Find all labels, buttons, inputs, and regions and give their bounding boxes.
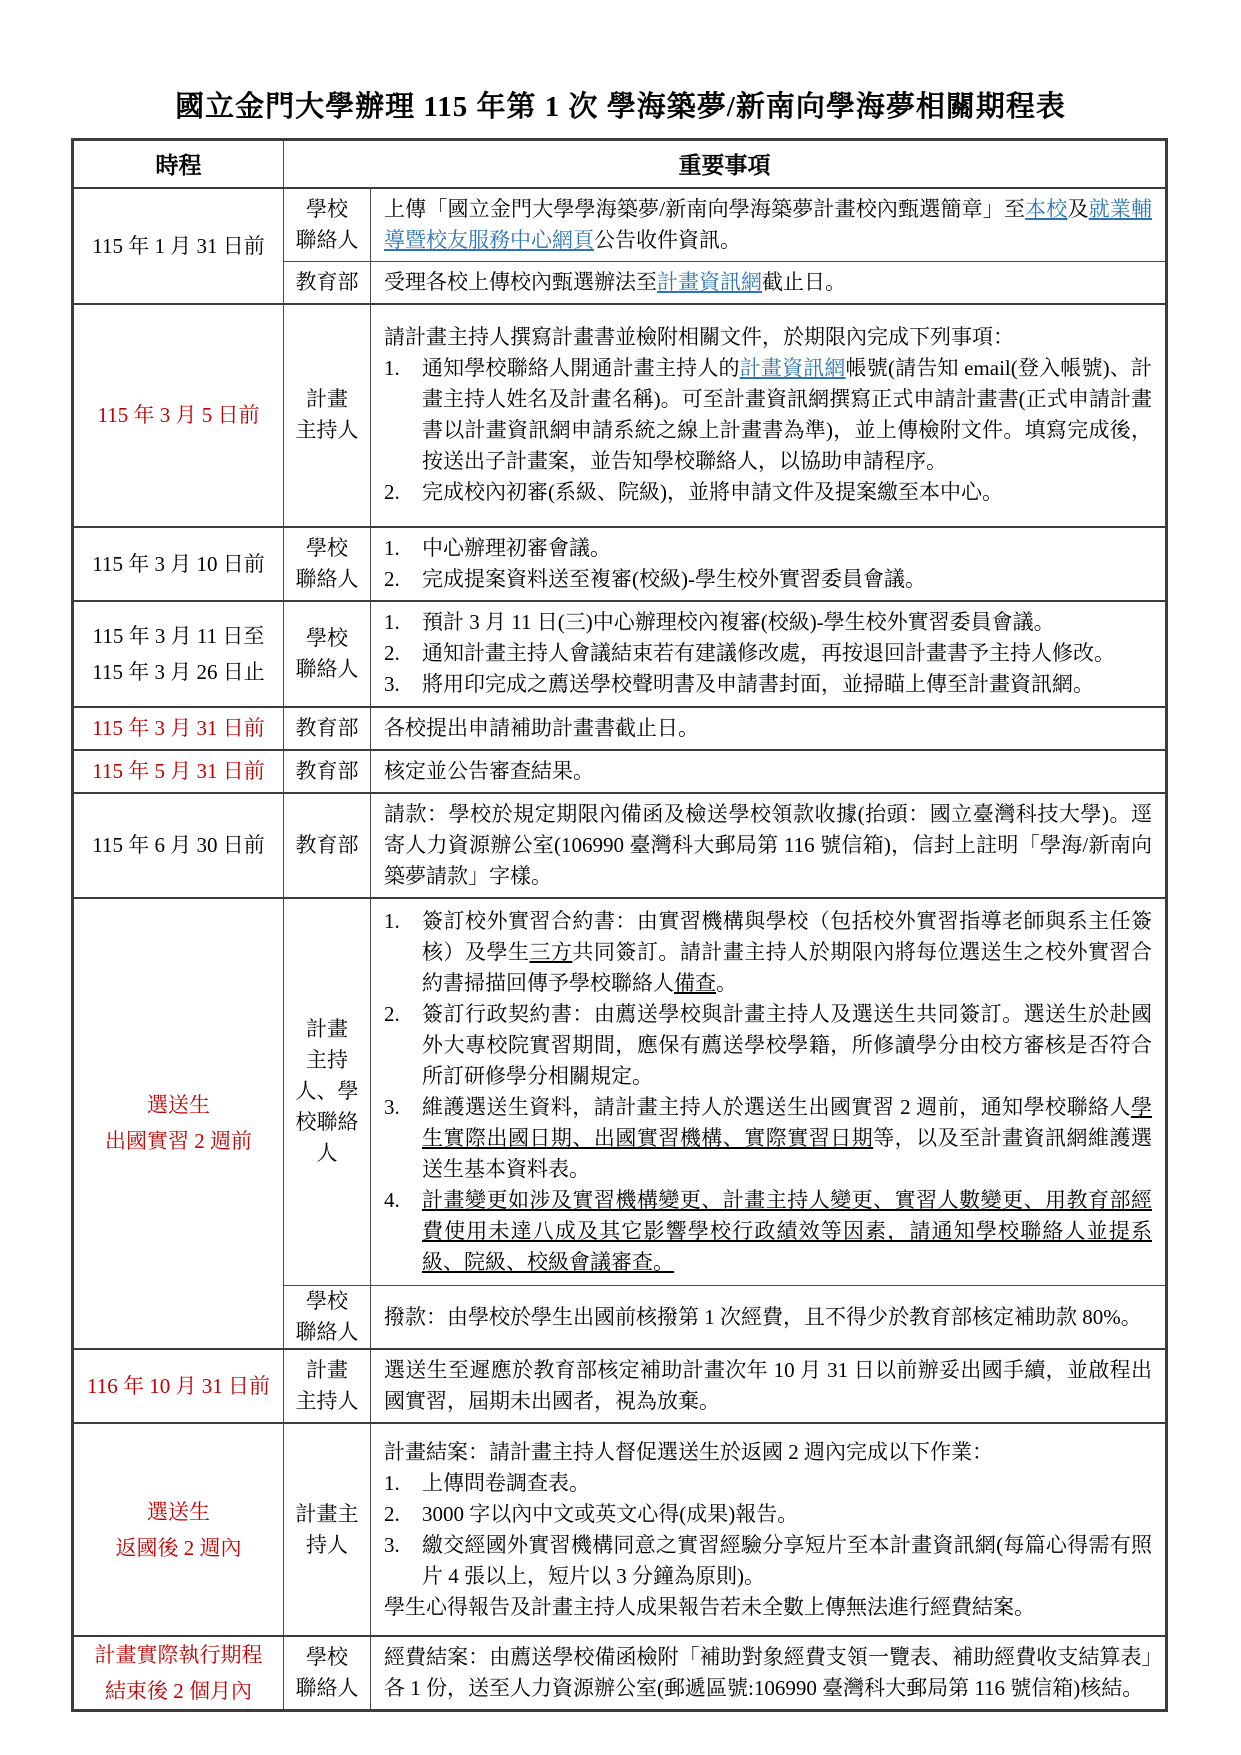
inline-link[interactable]: 計畫資訊網 bbox=[657, 270, 762, 294]
list-number: 3. bbox=[384, 1092, 422, 1185]
schedule-line: 115 年 5 月 31 日前 bbox=[78, 753, 279, 789]
list-number: 1. bbox=[384, 1468, 422, 1499]
paragraph: 核定並公告審查結果。 bbox=[384, 756, 1152, 787]
schedule-line: 115 年 3 月 5 日前 bbox=[78, 397, 279, 433]
list-number: 1. bbox=[384, 906, 422, 999]
role-line: 計畫 bbox=[286, 384, 368, 415]
text-run: 計畫結案：請計畫主持人督促選送生於返國 2 週內完成以下作業： bbox=[384, 1440, 993, 1464]
content-cell: 計畫結案：請計畫主持人督促選送生於返國 2 週內完成以下作業：1.上傳問卷調查表… bbox=[371, 1423, 1167, 1636]
list-item: 3.繳交經國外實習機構同意之實習經驗分享短片至本計畫資訊網(每篇心得需有照片 4… bbox=[384, 1530, 1152, 1592]
schedule-cell: 116 年 10 月 31 日前 bbox=[73, 1349, 284, 1423]
table-row: 計畫實際執行期程結束後 2 個月內學校聯絡人經費結案：由薦送學校備函檢附「補助對… bbox=[73, 1636, 1167, 1711]
text-run: 請款：學校於規定期限內備函及檢送學校領款收據(抬頭：國立臺灣科技大學)。逕寄人力… bbox=[384, 802, 1152, 888]
list-item-text: 預計 3 月 11 日(三)中心辦理校內複審(校級)-學生校外實習委員會議。 bbox=[422, 607, 1152, 638]
role-line: 學校 bbox=[286, 533, 368, 564]
inline-link[interactable]: 本校 bbox=[1025, 197, 1067, 221]
list-number: 1. bbox=[384, 353, 422, 477]
role-cell: 教育部 bbox=[284, 261, 371, 304]
schedule-cell: 115 年 3 月 11 日至115 年 3 月 26 日止 bbox=[73, 601, 284, 707]
text-run: 各校提出申請補助計畫書截止日。 bbox=[384, 716, 699, 740]
underlined-text: 備查 bbox=[674, 971, 716, 995]
list-item: 1.預計 3 月 11 日(三)中心辦理校內複審(校級)-學生校外實習委員會議。 bbox=[384, 607, 1152, 638]
list-number: 2. bbox=[384, 477, 422, 508]
role-line: 持人 bbox=[286, 1530, 368, 1561]
role-cell: 學校聯絡人 bbox=[284, 188, 371, 262]
table-row: 115 年 1 月 31 日前學校聯絡人上傳「國立金門大學學海築夢/新南向學海築… bbox=[73, 188, 1167, 262]
schedule-line: 選送生 bbox=[78, 1087, 279, 1123]
schedule-cell: 115 年 5 月 31 日前 bbox=[73, 750, 284, 793]
table-row: 115 年 3 月 5 日前計畫主持人請計畫主持人撰寫計畫書並檢附相關文件，於期… bbox=[73, 304, 1167, 527]
list-item-text: 完成提案資料送至複審(校級)-學生校外實習委員會議。 bbox=[422, 564, 1152, 595]
role-line: 學校 bbox=[286, 194, 368, 225]
role-cell: 學校聯絡人 bbox=[284, 601, 371, 707]
list-item-text: 簽訂校外實習合約書：由實習機構與學校（包括校外實習指導老師與系主任簽核）及學生三… bbox=[422, 906, 1152, 999]
text-run: 中心辦理初審會議。 bbox=[422, 536, 611, 560]
table-row: 115 年 3 月 11 日至115 年 3 月 26 日止學校聯絡人1.預計 … bbox=[73, 601, 1167, 707]
underlined-text: 計畫變更如涉及實習機構變更、計畫主持人變更、實習人數變更、用教育部經費使用未達八… bbox=[422, 1188, 1152, 1274]
schedule-cell: 115 年 3 月 31 日前 bbox=[73, 707, 284, 750]
page-title: 國立金門大學辦理 115 年第 1 次 學海築夢/新南向學海夢相關期程表 bbox=[0, 0, 1241, 122]
list-item: 3.維護選送生資料，請計畫主持人於選送生出國實習 2 週前，通知學校聯絡人學生實… bbox=[384, 1092, 1152, 1185]
list-item: 1.簽訂校外實習合約書：由實習機構與學校（包括校外實習指導老師與系主任簽核）及學… bbox=[384, 906, 1152, 999]
content-cell: 1.預計 3 月 11 日(三)中心辦理校內複審(校級)-學生校外實習委員會議。… bbox=[371, 601, 1167, 707]
role-line: 學校 bbox=[286, 623, 368, 654]
role-cell: 學校聯絡人 bbox=[284, 527, 371, 601]
list-item: 2.3000 字以內中文或英文心得(成果)報告。 bbox=[384, 1499, 1152, 1530]
text-run: 公告收件資訊。 bbox=[594, 228, 741, 252]
list-number: 3. bbox=[384, 1530, 422, 1592]
text-run: 維護選送生資料，請計畫主持人於選送生出國實習 2 週前，通知學校聯絡人 bbox=[422, 1095, 1131, 1119]
role-line: 聯絡人 bbox=[286, 225, 368, 256]
schedule-line: 出國實習 2 週前 bbox=[78, 1123, 279, 1159]
list-item-text: 上傳問卷調查表。 bbox=[422, 1468, 1152, 1499]
list-item: 2.完成校內初審(系級、院級)，並將申請文件及提案繳至本中心。 bbox=[384, 477, 1152, 508]
paragraph: 上傳「國立金門大學學海築夢/新南向學海築夢計畫校內甄選簡章」至本校及就業輔導暨校… bbox=[384, 194, 1152, 256]
role-line: 教育部 bbox=[286, 267, 368, 298]
text-run: 經費結案：由薦送學校備函檢附「補助對象經費支領一覽表、補助經費收支結算表」各 1… bbox=[384, 1645, 1152, 1700]
content-cell: 請款：學校於規定期限內備函及檢送學校領款收據(抬頭：國立臺灣科技大學)。逕寄人力… bbox=[371, 793, 1167, 898]
list-item: 4.計畫變更如涉及實習機構變更、計畫主持人變更、實習人數變更、用教育部經費使用未… bbox=[384, 1185, 1152, 1278]
list-number: 2. bbox=[384, 564, 422, 595]
list-item: 1.上傳問卷調查表。 bbox=[384, 1468, 1152, 1499]
role-line: 聯絡人 bbox=[286, 564, 368, 595]
role-cell: 教育部 bbox=[284, 707, 371, 750]
role-line: 校聯絡 bbox=[286, 1107, 368, 1138]
schedule-cell: 選送生返國後 2 週內 bbox=[73, 1423, 284, 1636]
text-run: 受理各校上傳校內甄選辦法至 bbox=[384, 270, 657, 294]
role-line: 計畫 bbox=[286, 1355, 368, 1386]
role-line: 主持人 bbox=[286, 1386, 368, 1417]
text-run: 完成校內初審(系級、院級)，並將申請文件及提案繳至本中心。 bbox=[422, 480, 1003, 504]
paragraph: 撥款：由學校於學生出國前核撥第 1 次經費，且不得少於教育部核定補助款 80%。 bbox=[384, 1302, 1152, 1333]
list-number: 2. bbox=[384, 1499, 422, 1530]
table-row: 選送生返國後 2 週內計畫主持人計畫結案：請計畫主持人督促選送生於返國 2 週內… bbox=[73, 1423, 1167, 1636]
role-line: 學校 bbox=[286, 1286, 368, 1317]
text-run: 學生心得報告及計畫主持人成果報告若未全數上傳無法進行經費結案。 bbox=[384, 1595, 1035, 1619]
role-cell: 計畫主持人 bbox=[284, 304, 371, 527]
paragraph: 請計畫主持人撰寫計畫書並檢附相關文件，於期限內完成下列事項： bbox=[384, 322, 1152, 353]
role-cell: 教育部 bbox=[284, 750, 371, 793]
role-cell: 教育部 bbox=[284, 793, 371, 898]
schedule-cell: 115 年 6 月 30 日前 bbox=[73, 793, 284, 898]
text-run: 通知計畫主持人會議結束若有建議修改處，再按退回計畫書予主持人修改。 bbox=[422, 641, 1115, 665]
list-item-text: 通知計畫主持人會議結束若有建議修改處，再按退回計畫書予主持人修改。 bbox=[422, 638, 1152, 669]
text-run: 上傳問卷調查表。 bbox=[422, 1471, 590, 1495]
list-item-text: 簽訂行政契約書：由薦送學校與計畫主持人及選送生共同簽訂。選送生於赴國外大專校院實… bbox=[422, 999, 1152, 1092]
paragraph: 經費結案：由薦送學校備函檢附「補助對象經費支領一覽表、補助經費收支結算表」各 1… bbox=[384, 1642, 1152, 1704]
role-cell: 計畫主持人、學校聯絡人 bbox=[284, 898, 371, 1286]
list-number: 2. bbox=[384, 638, 422, 669]
paragraph: 學生心得報告及計畫主持人成果報告若未全數上傳無法進行經費結案。 bbox=[384, 1592, 1152, 1623]
table-row: 115 年 3 月 10 日前學校聯絡人1.中心辦理初審會議。2.完成提案資料送… bbox=[73, 527, 1167, 601]
text-run: 通知學校聯絡人開通計畫主持人的 bbox=[422, 356, 740, 380]
role-line: 聯絡人 bbox=[286, 654, 368, 685]
role-line: 計畫 bbox=[286, 1014, 368, 1045]
paragraph: 選送生至遲應於教育部核定補助計畫次年 10 月 31 日以前辦妥出國手續，並啟程… bbox=[384, 1355, 1152, 1417]
schedule-line: 115 年 6 月 30 日前 bbox=[78, 827, 279, 863]
list-item-text: 3000 字以內中文或英文心得(成果)報告。 bbox=[422, 1499, 1152, 1530]
schedule-line: 115 年 3 月 26 日止 bbox=[78, 654, 279, 690]
content-cell: 受理各校上傳校內甄選辦法至計畫資訊網截止日。 bbox=[371, 261, 1167, 304]
list-item-text: 繳交經國外實習機構同意之實習經驗分享短片至本計畫資訊網(每篇心得需有照片 4 張… bbox=[422, 1530, 1152, 1592]
content-cell: 選送生至遲應於教育部核定補助計畫次年 10 月 31 日以前辦妥出國手續，並啟程… bbox=[371, 1349, 1167, 1423]
content-cell: 經費結案：由薦送學校備函檢附「補助對象經費支領一覽表、補助經費收支結算表」各 1… bbox=[371, 1636, 1167, 1711]
role-line: 教育部 bbox=[286, 830, 368, 861]
text-run: 截止日。 bbox=[762, 270, 846, 294]
role-cell: 學校聯絡人 bbox=[284, 1636, 371, 1711]
text-run: 預計 3 月 11 日(三)中心辦理校內複審(校級)-學生校外實習委員會議。 bbox=[422, 610, 1055, 634]
role-cell: 計畫主持人 bbox=[284, 1349, 371, 1423]
schedule-line: 115 年 3 月 11 日至 bbox=[78, 618, 279, 654]
inline-link[interactable]: 計畫資訊網 bbox=[740, 356, 846, 380]
table-row: 115 年 6 月 30 日前教育部請款：學校於規定期限內備函及檢送學校領款收據… bbox=[73, 793, 1167, 898]
underlined-text: 三方 bbox=[529, 940, 572, 964]
header-items: 重要事項 bbox=[284, 140, 1167, 188]
role-line: 主持人 bbox=[286, 415, 368, 446]
list-item: 1.通知學校聯絡人開通計畫主持人的計畫資訊網帳號(請告知 email(登入帳號)… bbox=[384, 353, 1152, 477]
paragraph: 請款：學校於規定期限內備函及檢送學校領款收據(抬頭：國立臺灣科技大學)。逕寄人力… bbox=[384, 799, 1152, 892]
list-item: 3.將用印完成之薦送學校聲明書及申請書封面，並掃瞄上傳至計畫資訊網。 bbox=[384, 669, 1152, 700]
schedule-cell: 115 年 1 月 31 日前 bbox=[73, 188, 284, 304]
text-run: 繳交經國外實習機構同意之實習經驗分享短片至本計畫資訊網(每篇心得需有照片 4 張… bbox=[422, 1533, 1152, 1588]
text-run: 將用印完成之薦送學校聲明書及申請書封面，並掃瞄上傳至計畫資訊網。 bbox=[422, 672, 1094, 696]
list-item-text: 完成校內初審(系級、院級)，並將申請文件及提案繳至本中心。 bbox=[422, 477, 1152, 508]
list-number: 1. bbox=[384, 607, 422, 638]
role-line: 人、學 bbox=[286, 1076, 368, 1107]
content-cell: 撥款：由學校於學生出國前核撥第 1 次經費，且不得少於教育部核定補助款 80%。 bbox=[371, 1286, 1167, 1350]
role-cell: 計畫主持人 bbox=[284, 1423, 371, 1636]
role-line: 教育部 bbox=[286, 713, 368, 744]
text-run: 撥款：由學校於學生出國前核撥第 1 次經費，且不得少於教育部核定補助款 80%。 bbox=[384, 1305, 1142, 1329]
list-item-text: 通知學校聯絡人開通計畫主持人的計畫資訊網帳號(請告知 email(登入帳號)、計… bbox=[422, 353, 1152, 477]
role-line: 人 bbox=[286, 1138, 368, 1169]
schedule-cell: 115 年 3 月 5 日前 bbox=[73, 304, 284, 527]
list-number: 2. bbox=[384, 999, 422, 1092]
list-item-text: 中心辦理初審會議。 bbox=[422, 533, 1152, 564]
content-cell: 核定並公告審查結果。 bbox=[371, 750, 1167, 793]
text-run: 簽訂行政契約書：由薦送學校與計畫主持人及選送生共同簽訂。選送生於赴國外大專校院實… bbox=[422, 1002, 1152, 1088]
content-cell: 請計畫主持人撰寫計畫書並檢附相關文件，於期限內完成下列事項：1.通知學校聯絡人開… bbox=[371, 304, 1167, 527]
text-run: 。 bbox=[716, 971, 737, 995]
text-run: 完成提案資料送至複審(校級)-學生校外實習委員會議。 bbox=[422, 567, 926, 591]
schedule-line: 115 年 1 月 31 日前 bbox=[78, 228, 279, 264]
document-page: 國立金門大學辦理 115 年第 1 次 學海築夢/新南向學海夢相關期程表 時程 … bbox=[0, 0, 1241, 1755]
text-run: 請計畫主持人撰寫計畫書並檢附相關文件，於期限內完成下列事項： bbox=[384, 325, 1014, 349]
role-line: 聯絡人 bbox=[286, 1673, 368, 1704]
table-row: 選送生出國實習 2 週前計畫主持人、學校聯絡人1.簽訂校外實習合約書：由實習機構… bbox=[73, 898, 1167, 1286]
role-line: 主持 bbox=[286, 1045, 368, 1076]
paragraph: 受理各校上傳校內甄選辦法至計畫資訊網截止日。 bbox=[384, 267, 1152, 298]
content-cell: 各校提出申請補助計畫書截止日。 bbox=[371, 707, 1167, 750]
text-run: 及 bbox=[1067, 197, 1088, 221]
schedule-table: 時程 重要事項 115 年 1 月 31 日前學校聯絡人上傳「國立金門大學學海築… bbox=[71, 138, 1168, 1712]
content-cell: 上傳「國立金門大學學海築夢/新南向學海築夢計畫校內甄選簡章」至本校及就業輔導暨校… bbox=[371, 188, 1167, 262]
list-item: 2.簽訂行政契約書：由薦送學校與計畫主持人及選送生共同簽訂。選送生於赴國外大專校… bbox=[384, 999, 1152, 1092]
text-run: 選送生至遲應於教育部核定補助計畫次年 10 月 31 日以前辦妥出國手續，並啟程… bbox=[384, 1358, 1152, 1413]
schedule-line: 選送生 bbox=[78, 1494, 279, 1530]
list-item-text: 將用印完成之薦送學校聲明書及申請書封面，並掃瞄上傳至計畫資訊網。 bbox=[422, 669, 1152, 700]
role-cell: 學校聯絡人 bbox=[284, 1286, 371, 1350]
list-number: 4. bbox=[384, 1185, 422, 1278]
content-cell: 1.簽訂校外實習合約書：由實習機構與學校（包括校外實習指導老師與系主任簽核）及學… bbox=[371, 898, 1167, 1286]
role-line: 計畫主 bbox=[286, 1499, 368, 1530]
text-run: 3000 字以內中文或英文心得(成果)報告。 bbox=[422, 1502, 798, 1526]
schedule-line: 計畫實際執行期程 bbox=[78, 1637, 279, 1673]
list-number: 1. bbox=[384, 533, 422, 564]
list-item-text: 計畫變更如涉及實習機構變更、計畫主持人變更、實習人數變更、用教育部經費使用未達八… bbox=[422, 1185, 1152, 1278]
role-line: 學校 bbox=[286, 1642, 368, 1673]
paragraph: 計畫結案：請計畫主持人督促選送生於返國 2 週內完成以下作業： bbox=[384, 1437, 1152, 1468]
list-item: 2.通知計畫主持人會議結束若有建議修改處，再按退回計畫書予主持人修改。 bbox=[384, 638, 1152, 669]
schedule-line: 115 年 3 月 31 日前 bbox=[78, 710, 279, 746]
schedule-line: 結束後 2 個月內 bbox=[78, 1673, 279, 1709]
list-item: 1.中心辦理初審會議。 bbox=[384, 533, 1152, 564]
schedule-line: 返國後 2 週內 bbox=[78, 1530, 279, 1566]
list-item-text: 維護選送生資料，請計畫主持人於選送生出國實習 2 週前，通知學校聯絡人學生實際出… bbox=[422, 1092, 1152, 1185]
list-number: 3. bbox=[384, 669, 422, 700]
list-item: 2.完成提案資料送至複審(校級)-學生校外實習委員會議。 bbox=[384, 564, 1152, 595]
header-schedule: 時程 bbox=[73, 140, 284, 188]
table-row: 115 年 5 月 31 日前教育部核定並公告審查結果。 bbox=[73, 750, 1167, 793]
schedule-line: 115 年 3 月 10 日前 bbox=[78, 546, 279, 582]
schedule-cell: 115 年 3 月 10 日前 bbox=[73, 527, 284, 601]
schedule-line: 116 年 10 月 31 日前 bbox=[78, 1368, 279, 1404]
content-cell: 1.中心辦理初審會議。2.完成提案資料送至複審(校級)-學生校外實習委員會議。 bbox=[371, 527, 1167, 601]
table-row: 116 年 10 月 31 日前計畫主持人選送生至遲應於教育部核定補助計畫次年 … bbox=[73, 1349, 1167, 1423]
schedule-cell: 選送生出國實習 2 週前 bbox=[73, 898, 284, 1350]
text-run: 核定並公告審查結果。 bbox=[384, 759, 594, 783]
paragraph: 各校提出申請補助計畫書截止日。 bbox=[384, 713, 1152, 744]
role-line: 聯絡人 bbox=[286, 1317, 368, 1348]
table-row: 115 年 3 月 31 日前教育部各校提出申請補助計畫書截止日。 bbox=[73, 707, 1167, 750]
table-header-row: 時程 重要事項 bbox=[73, 140, 1167, 188]
text-run: 上傳「國立金門大學學海築夢/新南向學海築夢計畫校內甄選簡章」至 bbox=[384, 197, 1025, 221]
role-line: 教育部 bbox=[286, 756, 368, 787]
schedule-cell: 計畫實際執行期程結束後 2 個月內 bbox=[73, 1636, 284, 1711]
